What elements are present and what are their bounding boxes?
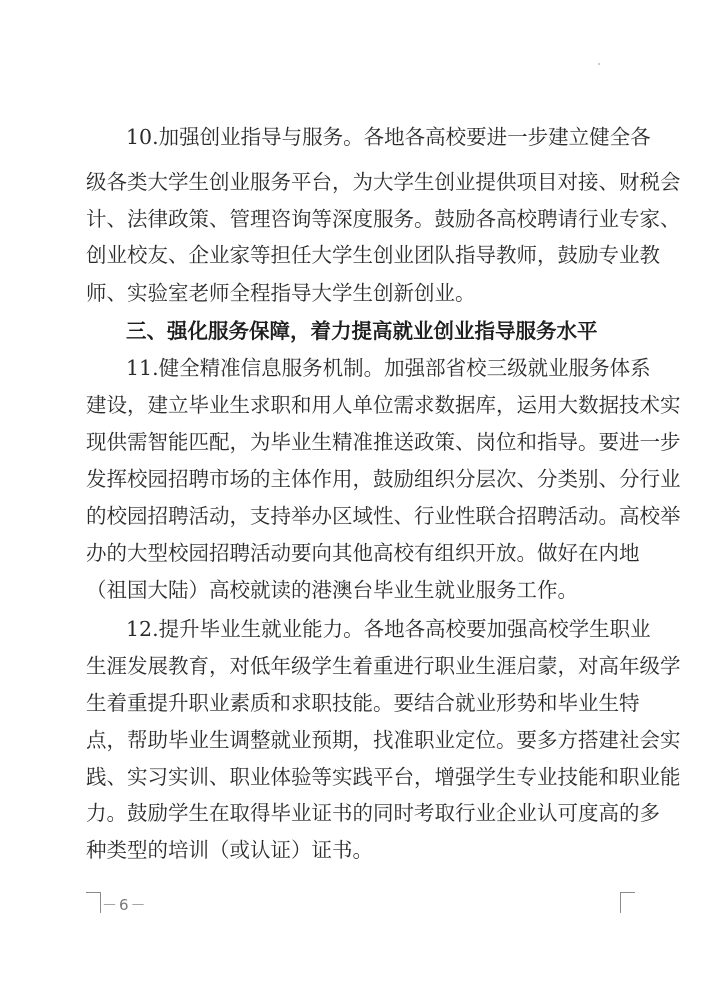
paragraph-item-12-line-5: 践、实习实训、职业体验等实践平台，增强学生专业技能和职业能 (86, 764, 633, 790)
document-page: 10.加强创业指导与服务。各地各高校要进一步建立健全各 级各类大学生创业服务平台… (0, 0, 711, 1007)
paragraph-item-12-line-1: 12.提升毕业生就业能力。各地各高校要加强高校学生职业 (126, 616, 633, 642)
paragraph-item-11-line-3: 现供需智能匹配，为毕业生精准推送政策、岗位和指导。要进一步 (86, 429, 633, 455)
paragraph-item-11-line-4: 发挥校园招聘市场的主体作用，鼓励组织分层次、分类别、分行业 (86, 466, 633, 492)
paragraph-item-12-line-2: 生涯发展教育，对低年级学生着重进行职业生涯启蒙，对高年级学 (86, 653, 633, 679)
paragraph-item-12-line-6: 力。鼓励学生在取得毕业证书的同时考取行业企业认可度高的多 (86, 800, 633, 826)
paragraph-item-10-line-3: 计、法律政策、管理咨询等深度服务。鼓励各高校聘请行业专家、 (86, 206, 633, 232)
paragraph-item-12-line-3: 生着重提升职业素质和求职技能。要结合就业形势和毕业生特 (86, 690, 633, 716)
paragraph-item-10-line-4: 创业校友、企业家等担任大学生创业团队指导教师，鼓励专业教 (86, 242, 633, 268)
scan-speck (598, 63, 600, 65)
paragraph-item-12-line-4: 点，帮助毕业生调整就业预期，找准职业定位。要多方搭建社会实 (86, 727, 633, 753)
paragraph-item-10-line-2: 级各类大学生创业服务平台，为大学生创业提供项目对接、财税会 (86, 169, 633, 195)
crop-mark-left (86, 892, 101, 913)
paragraph-item-11-line-7: （祖国大陆）高校就读的港澳台毕业生就业服务工作。 (86, 577, 633, 603)
paragraph-item-11-line-1: 11.健全精准信息服务机制。加强部省校三级就业服务体系 (126, 355, 633, 381)
paragraph-item-10-line-5: 师、实验室老师全程指导大学生创新创业。 (86, 280, 633, 306)
page-number: －6－ (102, 894, 148, 915)
crop-mark-right (620, 892, 635, 913)
paragraph-item-11-line-2: 建设，建立毕业生求职和用人单位需求数据库，运用大数据技术实 (86, 392, 633, 418)
section-heading-3: 三、强化服务保障，着力提高就业创业指导服务水平 (126, 318, 633, 344)
paragraph-item-10-line-1: 10.加强创业指导与服务。各地各高校要进一步建立健全各 (126, 124, 633, 150)
paragraph-item-11-line-6: 办的大型校园招聘活动要向其他高校有组织开放。做好在内地 (86, 540, 633, 566)
paragraph-item-11-line-5: 的校园招聘活动，支持举办区域性、行业性联合招聘活动。高校举 (86, 503, 633, 529)
paragraph-item-12-line-7: 种类型的培训（或认证）证书。 (86, 837, 633, 863)
